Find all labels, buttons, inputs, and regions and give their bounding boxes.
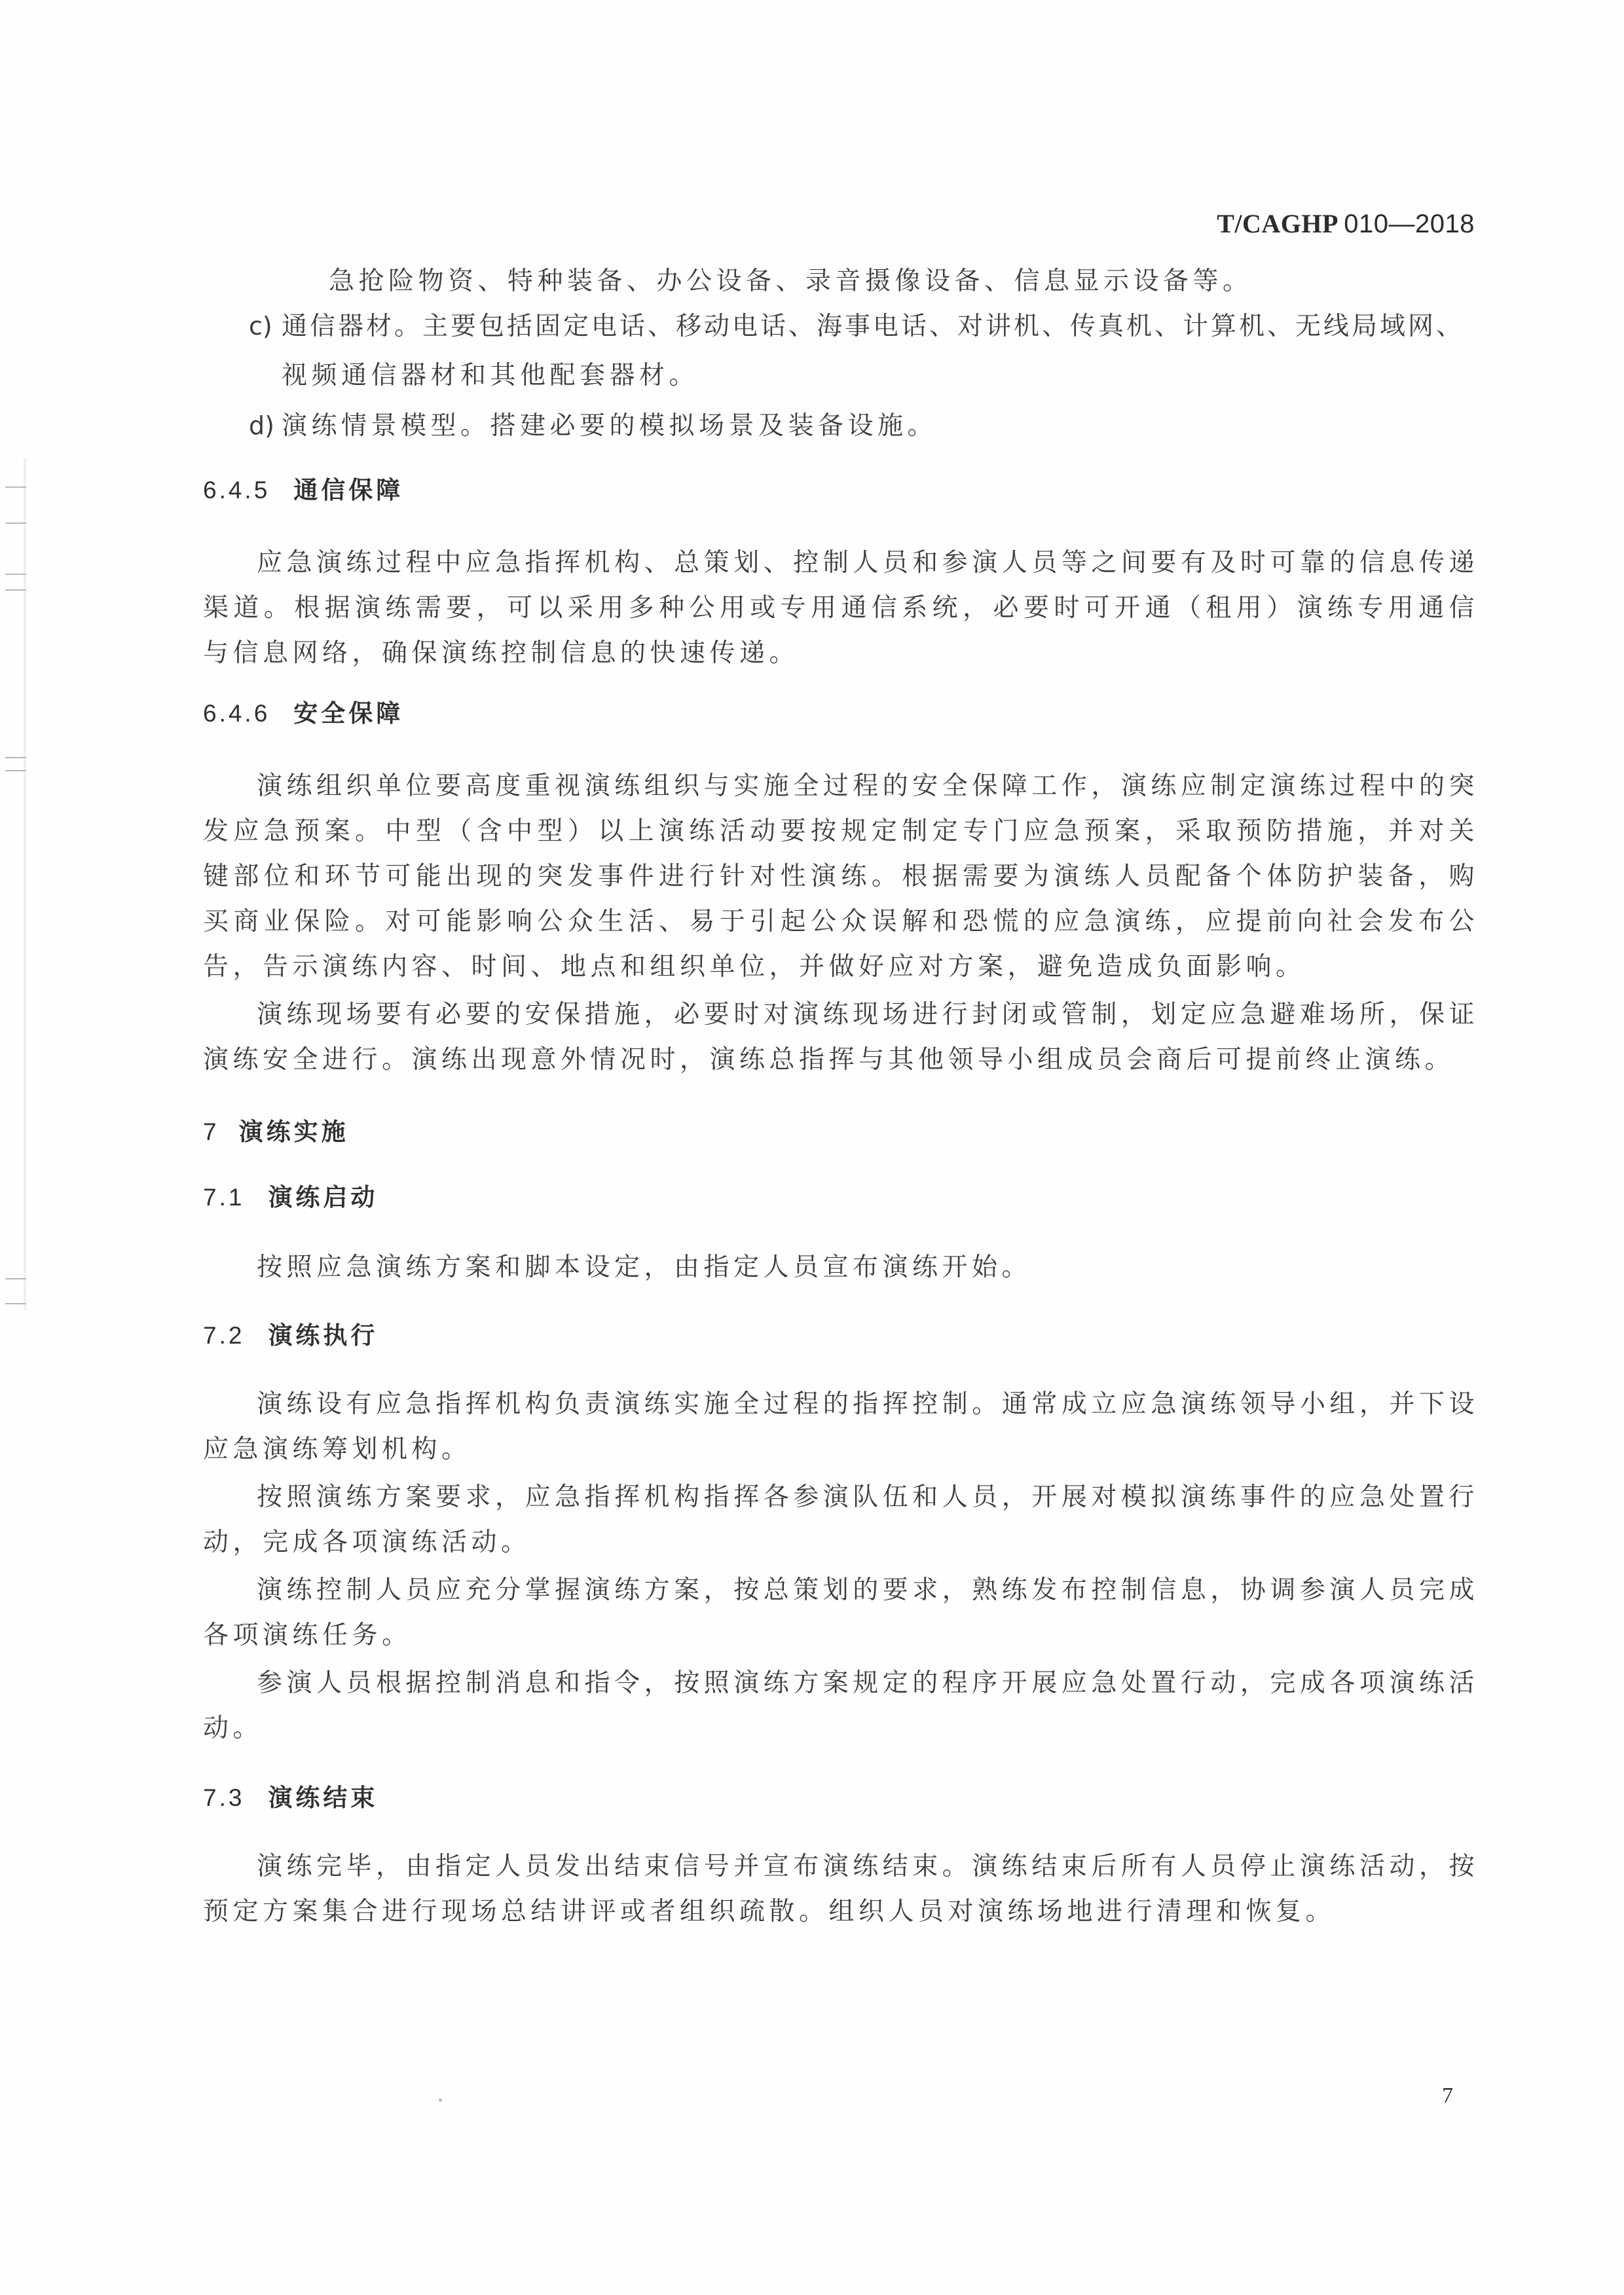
standard-prefix: T/CAGHP (1217, 209, 1337, 238)
paragraph: 按照应急演练方案和脚本设定，由指定人员宣布演练开始。 (203, 1245, 1479, 1290)
list-item-text: 通信器材。主要包括固定电话、移动电话、海事电话、对讲机、传真机、计算机、无线局域… (282, 304, 1479, 349)
section-number: 7.2 (203, 1316, 244, 1355)
section-heading-6-4-6: 6.4.6 安全保障 (203, 694, 1479, 733)
scan-tick-mark (5, 1303, 26, 1304)
list-item-d: d) 演练情景模型。搭建必要的模拟场景及装备设施。 (203, 403, 1479, 449)
list-item-text: 演练情景模型。搭建必要的模拟场景及装备设施。 (282, 403, 1479, 449)
section-title: 演练执行 (268, 1316, 378, 1355)
section-number: 6.4.5 (203, 471, 270, 510)
section-title: 演练结束 (268, 1778, 378, 1818)
document-body: 急抢险物资、特种装备、办公设备、录音摄像设备、信息显示设备等。 c) 通信器材。… (203, 259, 1479, 1934)
paragraph: 应急演练过程中应急指挥机构、总策划、控制人员和参演人员等之间要有及时可靠的信息传… (203, 540, 1479, 676)
section-title: 通信保障 (293, 471, 403, 510)
paragraph: 按照演练方案要求，应急指挥机构指挥各参演队伍和人员，开展对模拟演练事件的应急处置… (203, 1475, 1479, 1565)
section-heading-7-3: 7.3 演练结束 (203, 1778, 1479, 1818)
list-marker: d) (203, 403, 282, 449)
paragraph: 演练控制人员应充分掌握演练方案，按总策划的要求，熟练发布控制信息，协调参演人员完… (203, 1568, 1479, 1658)
paragraph: 演练完毕，由指定人员发出结束信号并宣布演练结束。演练结束后所有人员停止演练活动，… (203, 1844, 1479, 1934)
scan-tick-mark (5, 487, 26, 488)
list-marker: c) (203, 304, 282, 349)
section-number: 7.3 (203, 1778, 244, 1818)
paragraph: 演练现场要有必要的安保措施，必要时对演练现场进行封闭或管制，划定应急避难场所，保… (203, 992, 1479, 1082)
paragraph: 演练设有应急指挥机构负责演练实施全过程的指挥控制。通常成立应急演练领导小组，并下… (203, 1382, 1479, 1472)
scan-tick-mark (5, 523, 26, 524)
standard-number: 010—2018 (1344, 210, 1475, 238)
chapter-heading-7: 7 演练实施 (203, 1112, 1479, 1152)
section-title: 安全保障 (293, 694, 403, 733)
paragraph: 演练组织单位要高度重视演练组织与实施全过程的安全保障工作，演练应制定演练过程中的… (203, 763, 1479, 989)
section-title: 演练启动 (268, 1178, 378, 1217)
list-item-b-continuation: 急抢险物资、特种装备、办公设备、录音摄像设备、信息显示设备等。 (203, 259, 1479, 304)
section-number: 7.1 (203, 1178, 244, 1217)
scan-tick-mark (5, 757, 26, 758)
page-number: 7 (1442, 2084, 1453, 2108)
standard-code: T/CAGHP 010—2018 (1217, 208, 1475, 239)
list-item-c: c) 通信器材。主要包括固定电话、移动电话、海事电话、对讲机、传真机、计算机、无… (203, 304, 1479, 398)
scan-dust-mark (439, 2099, 442, 2102)
document-page: T/CAGHP 010—2018 急抢险物资、特种装备、办公设备、录音摄像设备、… (0, 0, 1624, 2295)
scan-tick-mark (5, 589, 26, 591)
section-heading-7-1: 7.1 演练启动 (203, 1178, 1479, 1217)
list-item-text: 视频通信器材和其他配套器材。 (282, 353, 1479, 398)
scan-edge-shadow (24, 458, 26, 1310)
scan-tick-mark (5, 770, 26, 771)
section-heading-6-4-5: 6.4.5 通信保障 (203, 471, 1479, 510)
scan-tick-mark (5, 1278, 26, 1279)
section-heading-7-2: 7.2 演练执行 (203, 1316, 1479, 1355)
chapter-title: 演练实施 (239, 1112, 349, 1152)
paragraph: 参演人员根据控制消息和指令，按照演练方案规定的程序开展应急处置行动，完成各项演练… (203, 1661, 1479, 1751)
scan-tick-mark (5, 574, 26, 575)
chapter-number: 7 (203, 1112, 219, 1152)
section-number: 6.4.6 (203, 694, 270, 733)
scan-margin-marks (0, 0, 29, 2295)
